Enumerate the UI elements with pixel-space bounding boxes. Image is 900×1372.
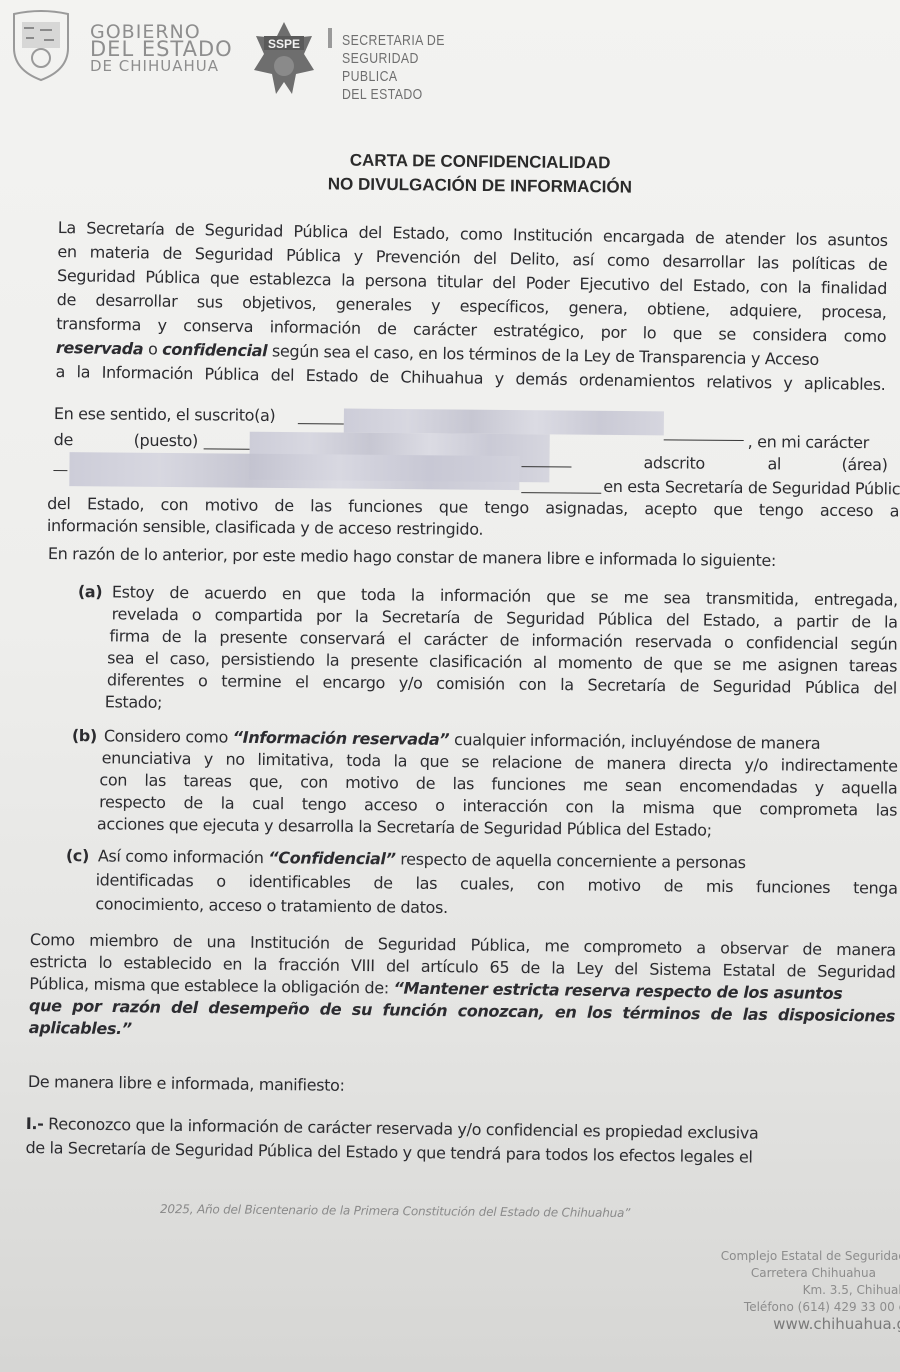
confidencial-term: confidencial <box>162 340 267 361</box>
footer-year-motto: 2025, Año del Bicentenario de la Primera… <box>160 1202 630 1220</box>
name-field-redacted[interactable] <box>344 409 664 436</box>
footer-website-link[interactable]: www.chihuahua.g <box>721 1316 900 1333</box>
clause-a-label: (a) <box>78 582 103 601</box>
commitment-paragraph: Como miembro de una Institución de Segur… <box>30 930 900 941</box>
document-title: CARTA DE CONFIDENCIALIDAD NO DIVULGACIÓN… <box>0 145 900 203</box>
clause-c-label: (c) <box>66 846 89 865</box>
divider-bar <box>328 28 332 48</box>
reservada-term: reservada <box>56 338 144 358</box>
footer-address: Complejo Estatal de Seguridad Carretera … <box>721 1248 900 1333</box>
sspe-badge-icon: SSPE <box>252 20 316 96</box>
clause-b-label: (b) <box>72 726 97 745</box>
clause-c: (c) Así como información “Confidencial” … <box>66 846 900 855</box>
quoted-obligation: “Mantener estricta reserva respecto de l… <box>393 978 842 1002</box>
government-logo-text: GOBIERNO DEL ESTADO DE CHIHUAHUA <box>90 24 233 75</box>
area-field-redacted[interactable] <box>69 452 519 490</box>
reserved-info-term: “Información reservada” <box>233 728 450 749</box>
intro-paragraph: La Secretaría de Seguridad Pública del E… <box>58 218 894 231</box>
document-page: GOBIERNO DEL ESTADO DE CHIHUAHUA SSPE SE… <box>0 0 900 1372</box>
clause-a: (a) Estoy de acuerdo en que toda la info… <box>78 582 900 591</box>
point-one: I.- Reconozco que la información de cará… <box>26 1114 900 1125</box>
letterhead: GOBIERNO DEL ESTADO DE CHIHUAHUA SSPE SE… <box>10 6 480 96</box>
secretariat-logo-text: SECRETARIA DE SEGURIDAD PUBLICA DEL ESTA… <box>342 32 455 104</box>
state-coat-of-arms-icon <box>10 8 72 82</box>
point-one-label: I.- <box>26 1114 44 1133</box>
confidential-term: “Confidencial” <box>268 848 395 868</box>
clause-b: (b) Considero como “Información reservad… <box>72 726 900 735</box>
declaration-paragraph: En ese sentido, el suscrito(a) de (puest… <box>52 404 900 411</box>
svg-text:SSPE: SSPE <box>268 37 300 51</box>
